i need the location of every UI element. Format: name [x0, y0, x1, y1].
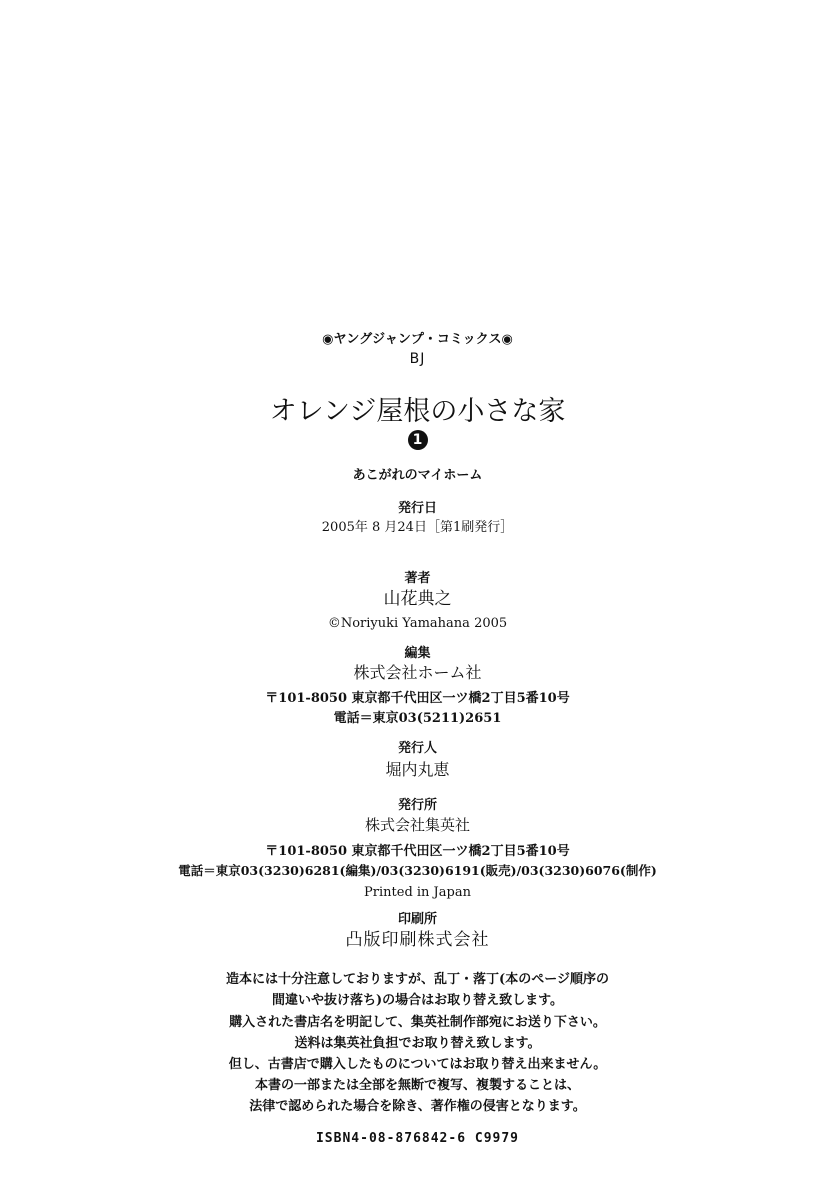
- notice-line: 間違いや抜け落ち)の場合はお取り替え致します。: [0, 994, 835, 1007]
- printed-in-japan: Printed in Japan: [0, 886, 835, 899]
- notice-line: 但し、古書店で購入したものについてはお取り替え出来ません。: [0, 1058, 835, 1071]
- notice-line: 本書の一部または全部を無断で複写、複製することは、: [0, 1079, 835, 1092]
- publisher-address: 〒101-8050 東京都千代田区一ツ橋2丁目5番10号: [0, 845, 835, 858]
- volume-badge: 1: [0, 430, 835, 450]
- publisher-company: 株式会社集英社: [0, 818, 835, 833]
- publication-date-value: 2005年 8 月24日［第1刷発行］: [0, 521, 835, 534]
- printer-company: 凸版印刷株式会社: [0, 932, 835, 949]
- editor-address: 〒101-8050 東京都千代田区一ツ橋2丁目5番10号: [0, 692, 835, 705]
- volume-number: 1: [408, 430, 428, 450]
- editor-phone: 電話＝東京03(5211)2651: [0, 712, 835, 725]
- publisher-person-label: 発行人: [0, 742, 835, 755]
- publisher-label: 発行所: [0, 799, 835, 812]
- author-copyright: ©Noriyuki Yamahana 2005: [0, 617, 835, 630]
- publisher-person-name: 堀内丸恵: [0, 762, 835, 778]
- isbn-code: ISBN4-08-876842-6 C9979: [0, 1132, 835, 1145]
- author-name: 山花典之: [0, 591, 835, 608]
- book-title: オレンジ屋根の小さな家: [0, 398, 835, 425]
- notice-line: 購入された書店名を明記して、集英社制作部宛にお送り下さい。: [0, 1016, 835, 1029]
- book-subtitle: あこがれのマイホーム: [0, 469, 835, 482]
- printer-label: 印刷所: [0, 913, 835, 926]
- publisher-phone: 電話＝東京03(3230)6281(編集)/03(3230)6191(販売)/0…: [0, 865, 835, 878]
- notice-line: 送料は集英社負担でお取り替え致します。: [0, 1037, 835, 1050]
- editor-company: 株式会社ホーム社: [0, 665, 835, 681]
- notice-line: 造本には十分注意しておりますが、乱丁・落丁(本のページ順序の: [0, 973, 835, 986]
- publication-date-label: 発行日: [0, 502, 835, 515]
- notice-line: 法律で認められた場合を除き、著作権の侵害となります。: [0, 1100, 835, 1113]
- imprint-label: BJ: [0, 352, 835, 366]
- author-label: 著者: [0, 572, 835, 585]
- series-label: ◉ヤングジャンプ・コミックス◉: [0, 333, 835, 346]
- editor-label: 編集: [0, 647, 835, 660]
